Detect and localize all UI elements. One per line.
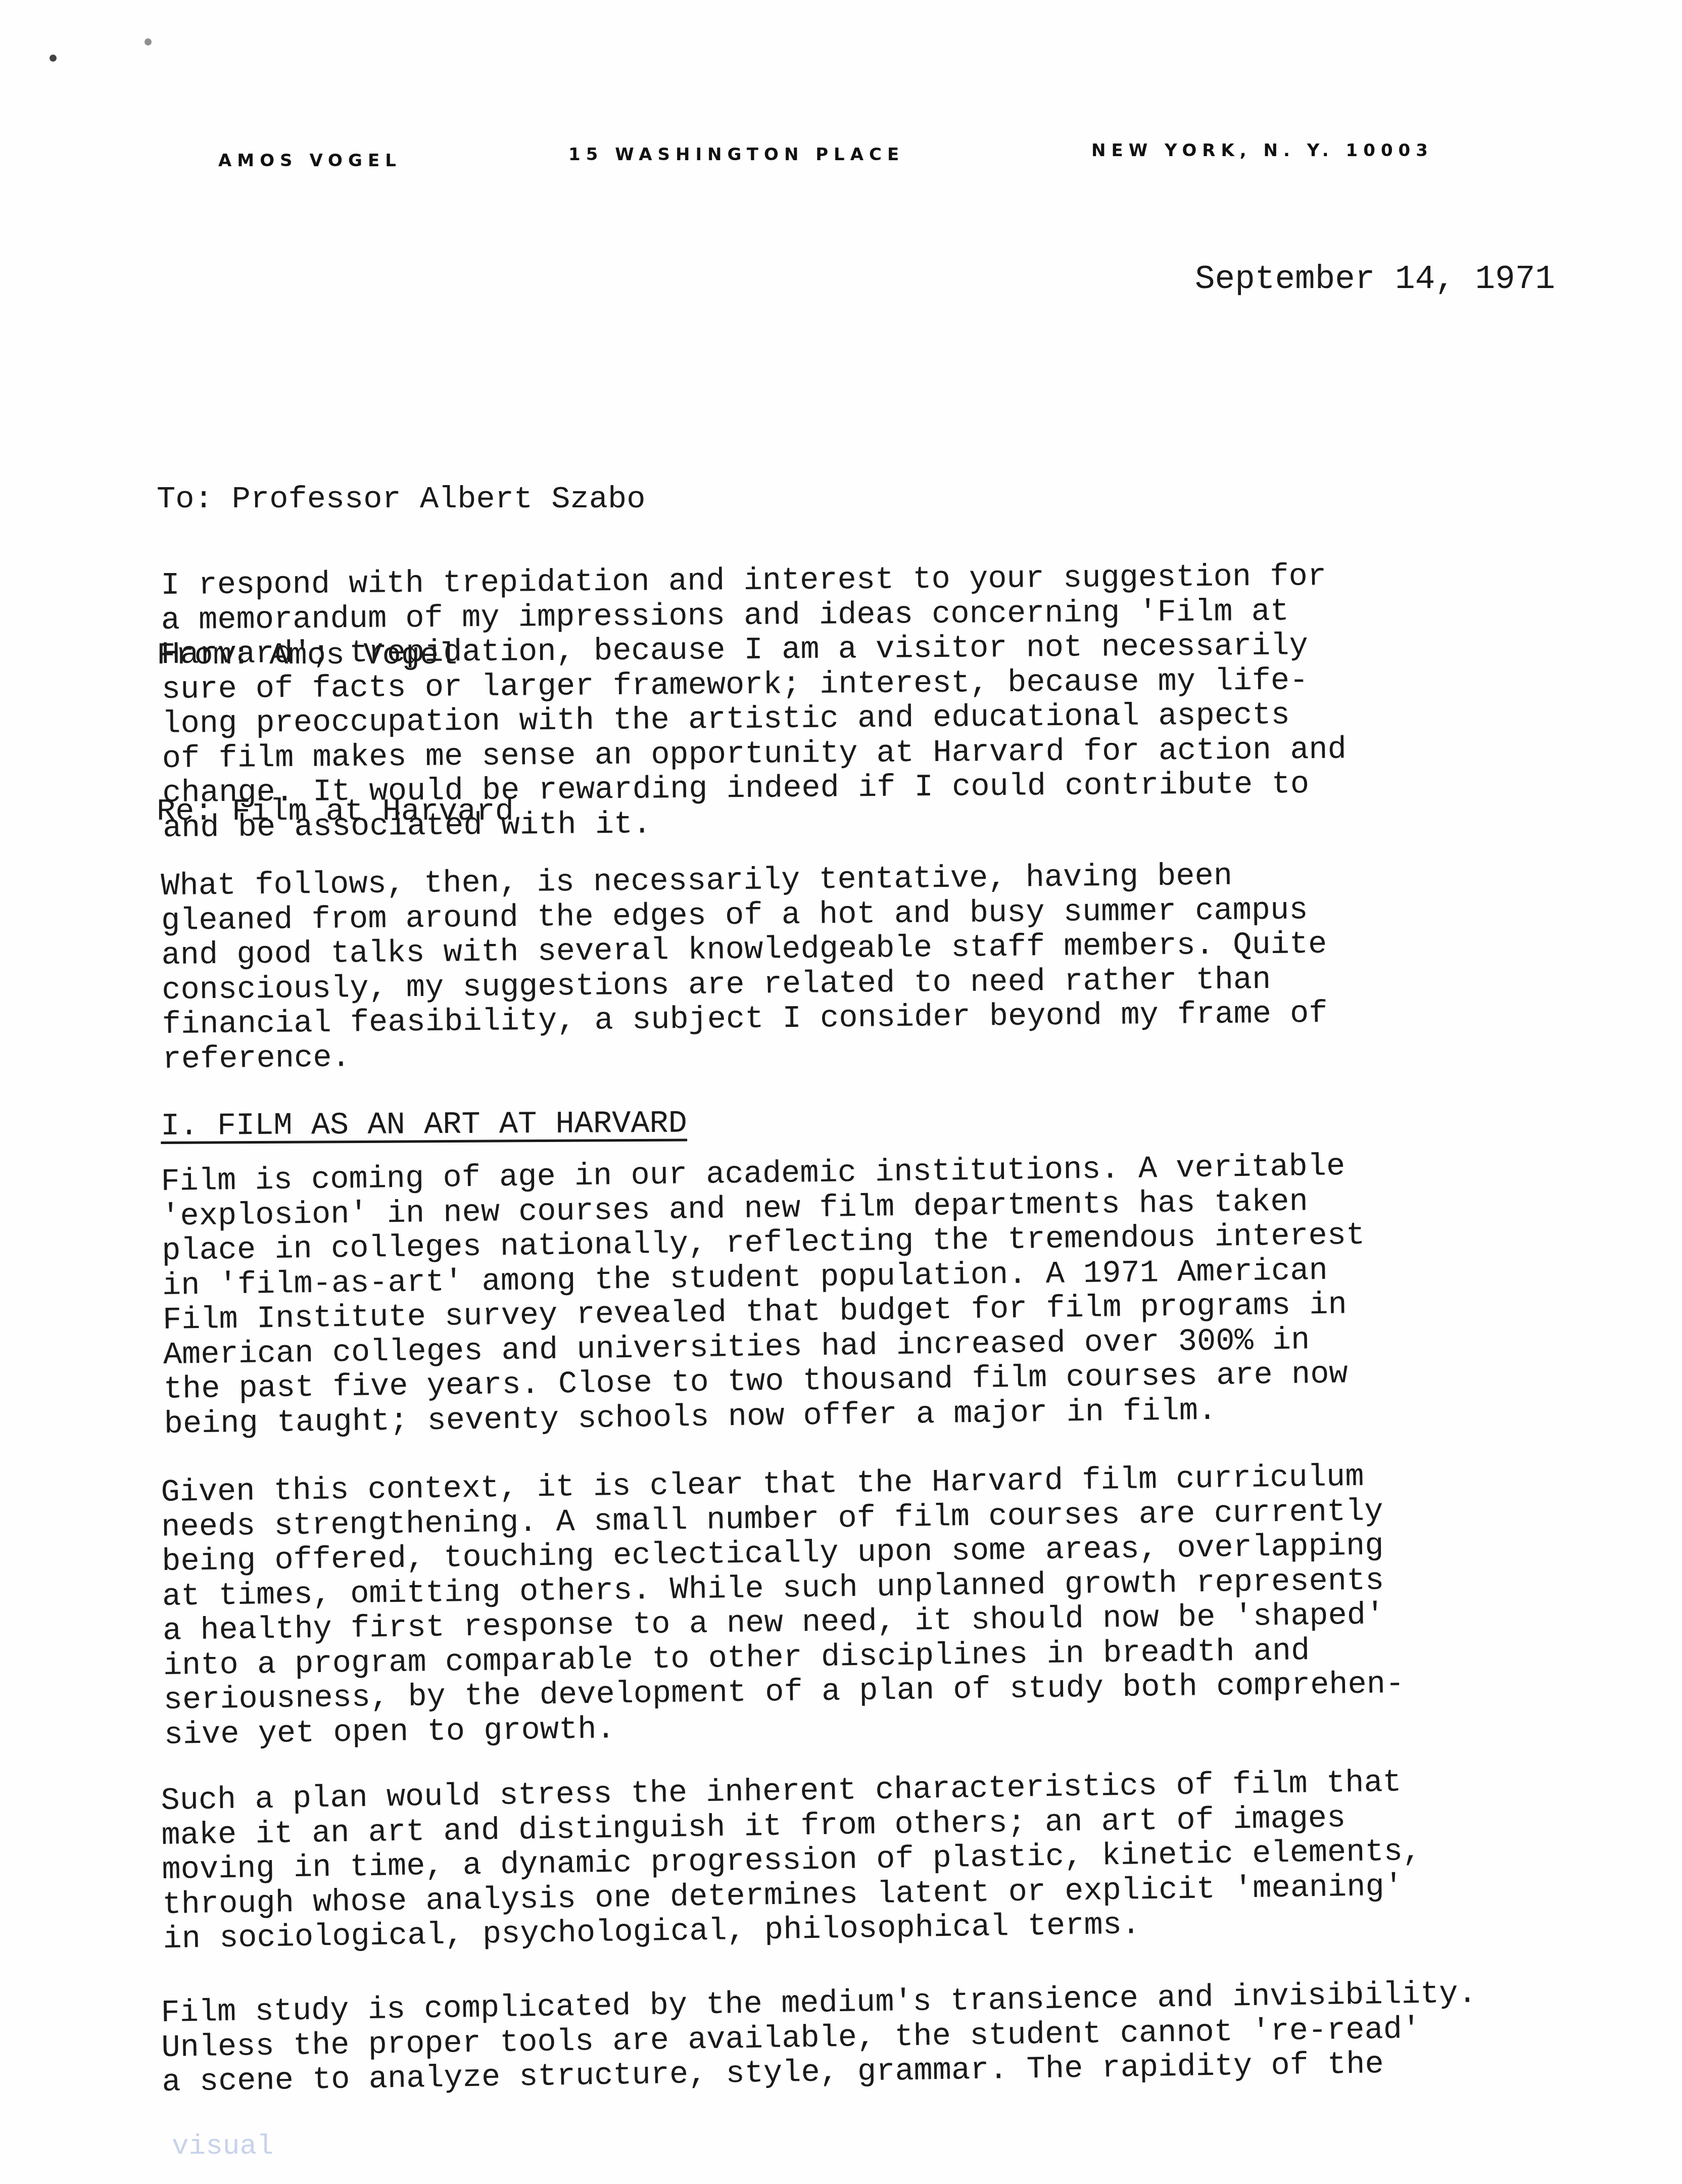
intro-paragraph-2: What follows, then, is necessarily tenta… — [161, 858, 1328, 1077]
paper-speck — [50, 55, 57, 62]
section-heading: I. FILM AS AN ART AT HARVARD — [161, 1107, 687, 1144]
section-paragraph-2: Given this context, it is clear that the… — [161, 1459, 1405, 1752]
memo-page: AMOS VOGEL 15 WASHINGTON PLACE NEW YORK,… — [0, 0, 1682, 2184]
letterhead-city: NEW YORK, N. Y. 10003 — [1091, 140, 1433, 161]
letterhead-name: AMOS VOGEL — [218, 151, 402, 171]
memo-date: September 14, 1971 — [1195, 260, 1555, 298]
paper-speck — [145, 38, 152, 45]
letterhead-address: 15 WASHINGTON PLACE — [568, 145, 904, 165]
section-paragraph-1: Film is coming of age in our academic in… — [161, 1149, 1367, 1442]
letterhead: AMOS VOGEL 15 WASHINGTON PLACE NEW YORK,… — [0, 140, 1682, 171]
intro-paragraph-1: I respond with trepidation and interest … — [161, 559, 1347, 845]
section-paragraph-3: Such a plan would stress the inherent ch… — [161, 1765, 1423, 1957]
carryover-word: visual — [172, 2130, 274, 2162]
section-paragraph-4: Film study is complicated by the medium'… — [161, 1976, 1478, 2100]
memo-to: To: Professor Albert Szabo — [157, 473, 645, 525]
